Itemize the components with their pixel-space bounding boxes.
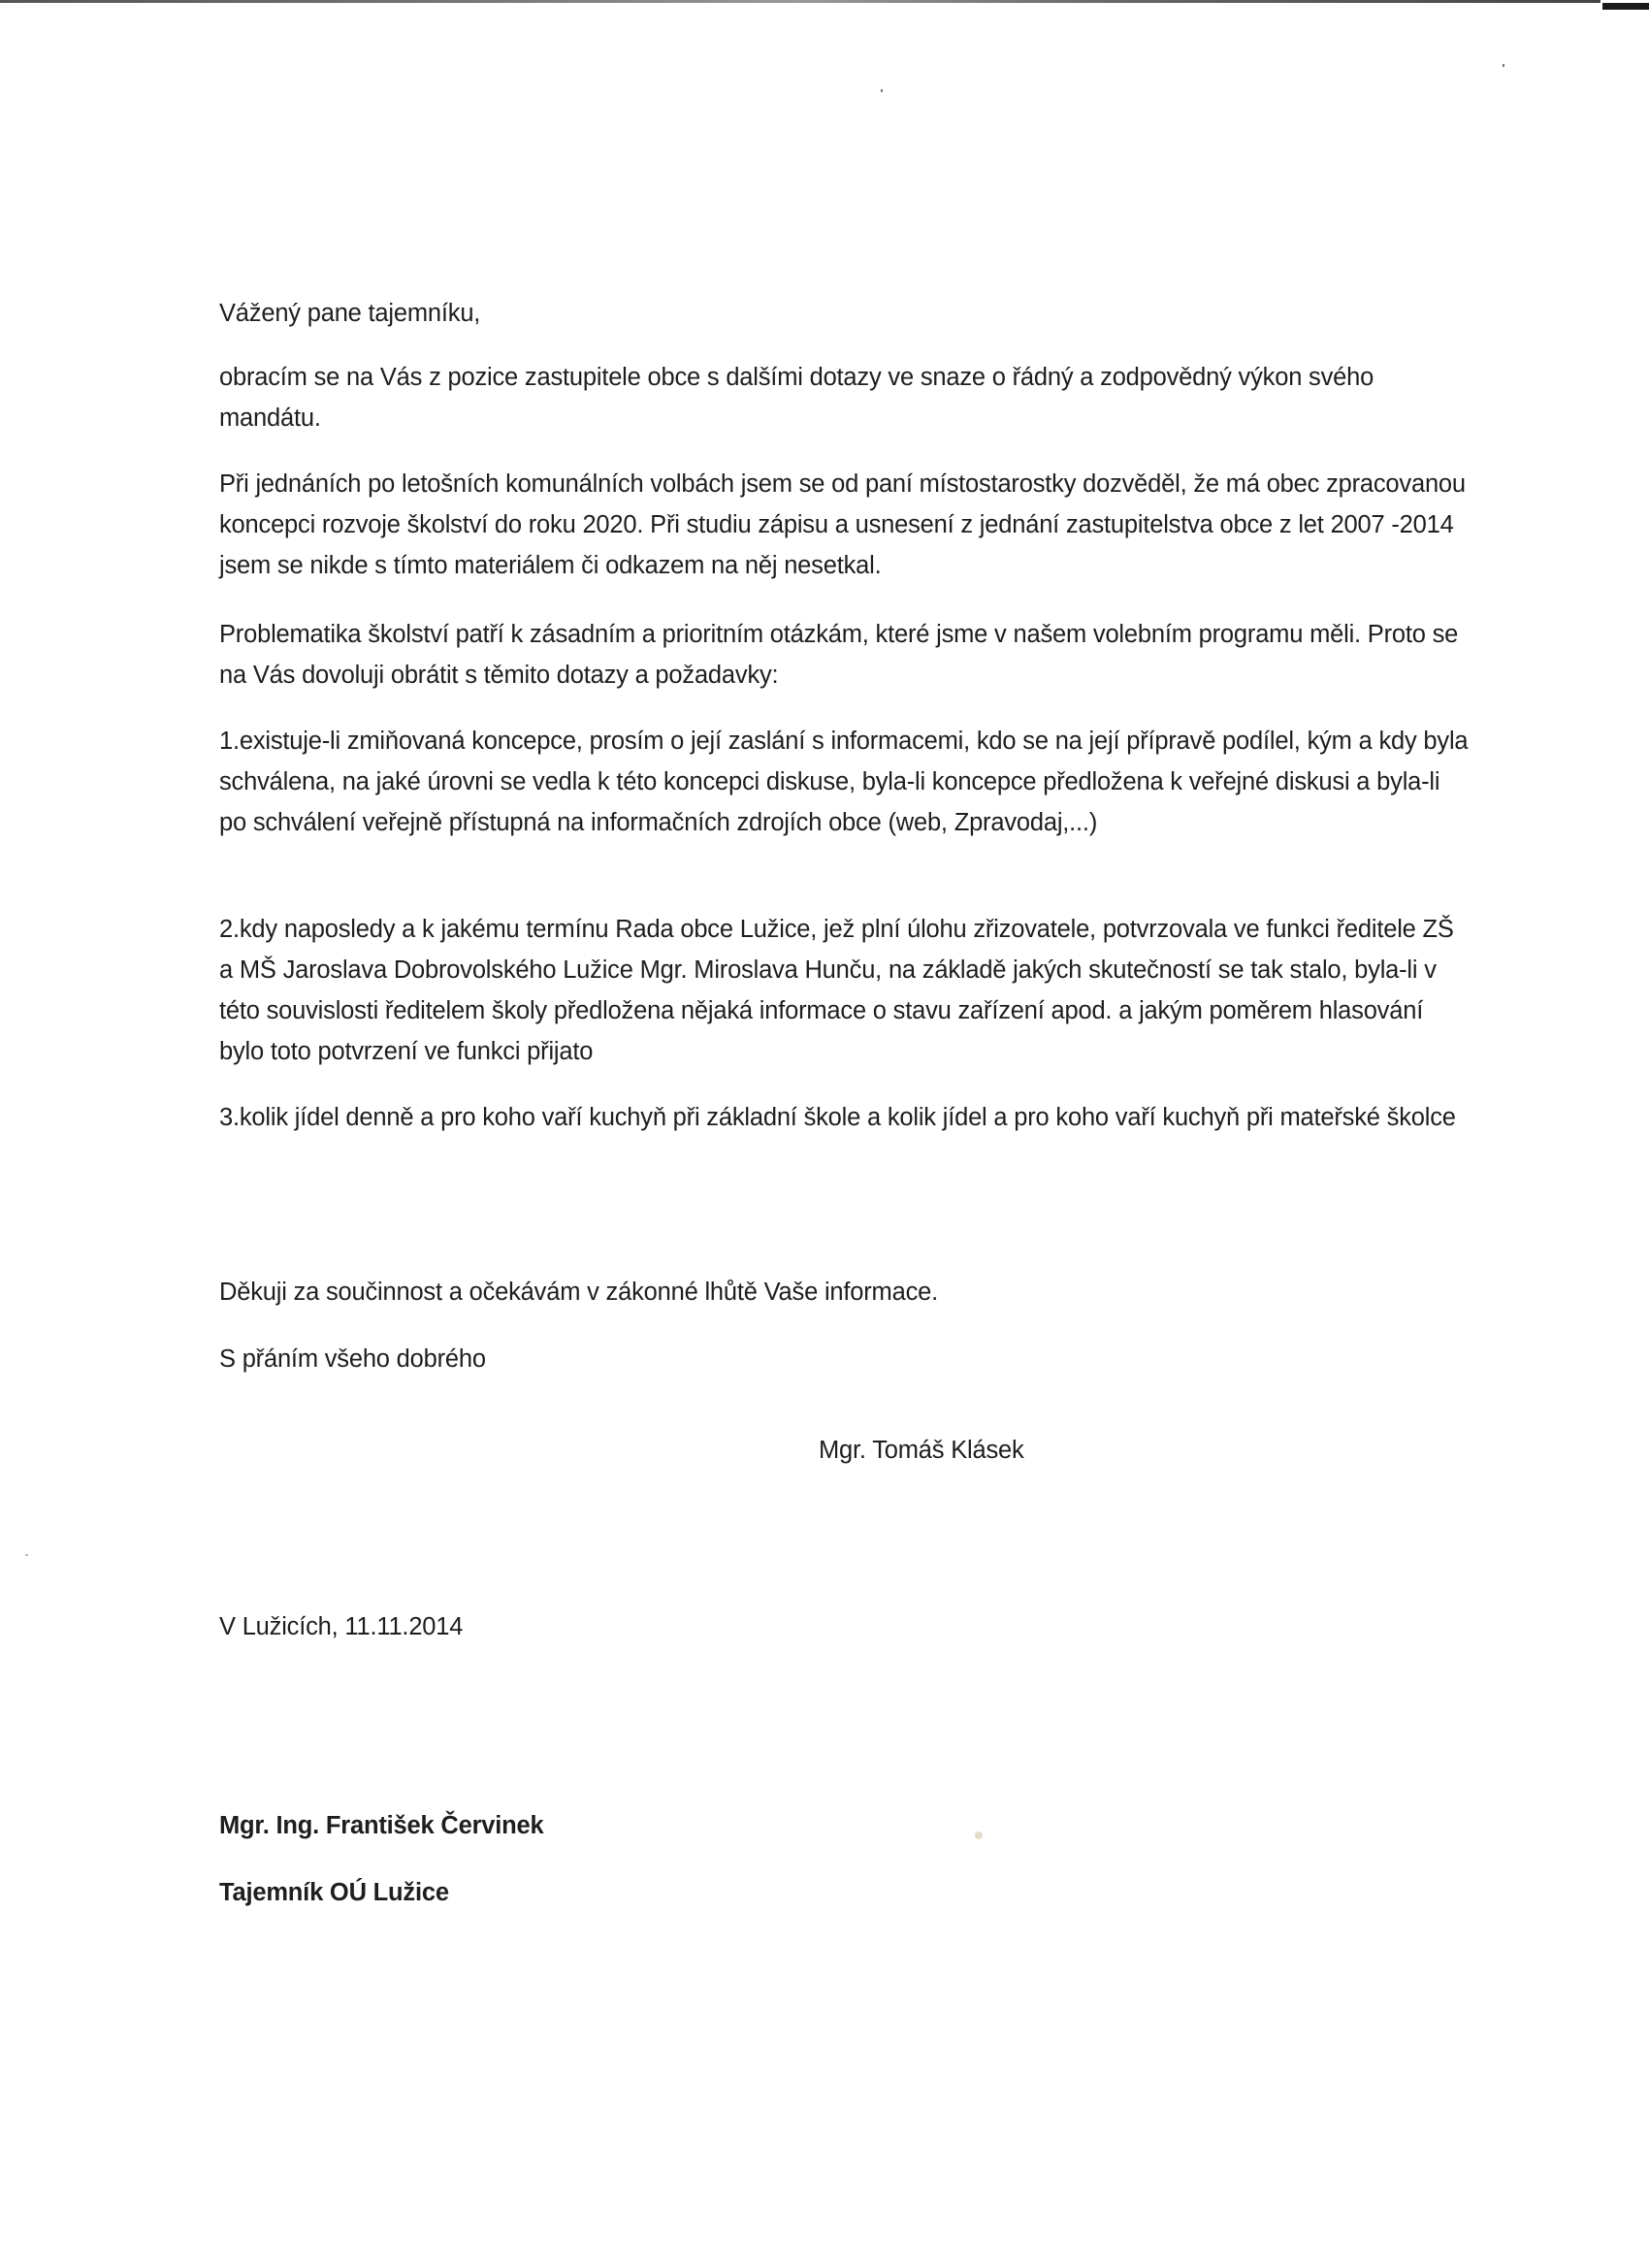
scan-top-edge — [0, 0, 1600, 3]
question-1: 1.existuje-li zmiňovaná koncepce, prosím… — [219, 721, 1471, 843]
recipient-name: Mgr. Ing. František Červinek — [219, 1805, 1471, 1846]
scan-speck — [881, 89, 883, 92]
question-2: 2.kdy naposledy a k jakému termínu Rada … — [219, 909, 1471, 1072]
paragraph-request: Problematika školství patří k zásadním a… — [219, 614, 1471, 696]
recipient-title: Tajemník OÚ Lužice — [219, 1872, 1471, 1913]
paragraph-intro: obracím se na Vás z pozice zastupitele o… — [219, 357, 1471, 438]
scan-speck — [1503, 64, 1504, 67]
sender-signature: Mgr. Tomáš Klásek — [819, 1430, 1207, 1471]
scan-corner-mark — [1602, 3, 1649, 10]
closing-thanks: Děkuji za součinnost a očekávám v zákonn… — [219, 1272, 1471, 1312]
salutation: Vážený pane tajemníku, — [219, 293, 1471, 334]
scan-speck — [25, 1554, 28, 1556]
question-3: 3.kolik jídel denně a pro koho vaří kuch… — [219, 1097, 1471, 1138]
closing-regards: S přáním všeho dobrého — [219, 1339, 1471, 1379]
paragraph-context: Při jednáních po letošních komunálních v… — [219, 464, 1471, 586]
place-date: V Lužicích, 11.11.2014 — [219, 1606, 1471, 1647]
